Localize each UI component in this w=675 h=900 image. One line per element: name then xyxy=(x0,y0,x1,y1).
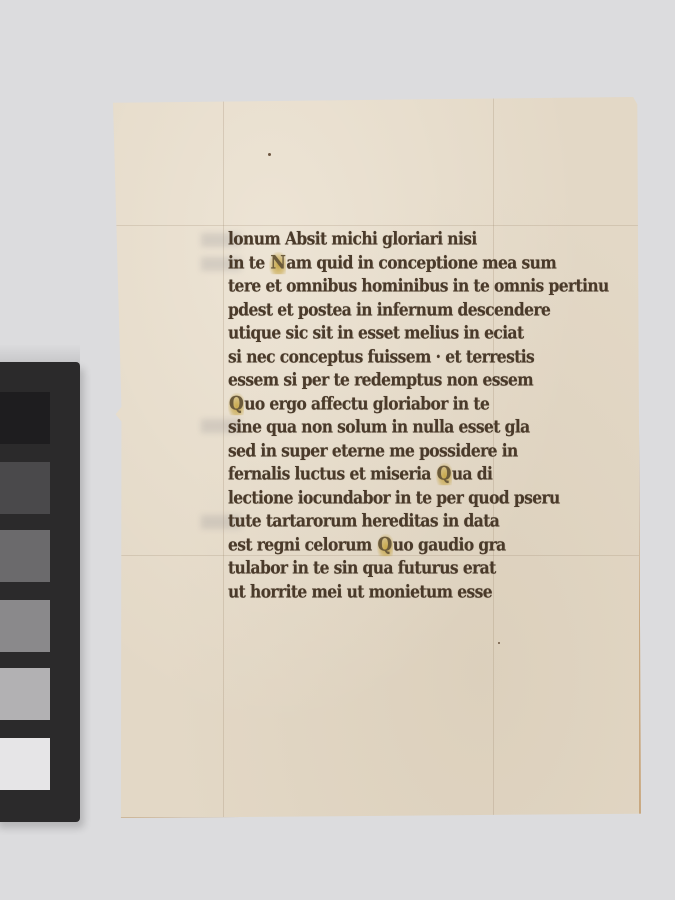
text-line: sed in super eterne me possidere in xyxy=(228,437,548,463)
gilded-initial: Q xyxy=(377,533,393,555)
manuscript-text-block: lonum Absit michi gloriari nisi in te Na… xyxy=(228,227,548,603)
gilded-initial: Q xyxy=(228,392,244,414)
gilded-initial: N xyxy=(269,251,286,273)
ruling-line-left xyxy=(223,97,224,817)
ink-speck xyxy=(268,153,271,156)
patch-black xyxy=(0,392,50,444)
text-line: tulabor in te sin qua futurus erat xyxy=(228,555,548,581)
text-line: sine qua non solum in nulla esset gla xyxy=(228,414,548,440)
ink-speck xyxy=(498,642,500,644)
text-line: fernalis luctus et miseria Qua di xyxy=(228,461,548,487)
text-line: tere et omnibus hominibus in te omnis pe… xyxy=(228,273,548,299)
manuscript-leaf: lonum Absit michi gloriari nisi in te Na… xyxy=(113,97,641,818)
patch-mid-dark-gray xyxy=(0,530,50,582)
patch-mid-gray xyxy=(0,600,50,652)
text-line: pdest et postea in infernum descendere xyxy=(228,296,548,322)
patch-light-gray xyxy=(0,668,50,720)
text-line: Quo ergo affectu gloriabor in te xyxy=(228,390,548,416)
text-line: in te Nam quid in conceptione mea sum xyxy=(228,249,548,275)
grayscale-calibration-target xyxy=(0,362,80,822)
patch-white xyxy=(0,738,50,790)
text-line: ut horrite mei ut monietum esse xyxy=(228,578,548,604)
text-line: si nec conceptus fuissem · et terrestis xyxy=(228,343,548,369)
text-line: utique sic sit in esset melius in eciat xyxy=(228,320,548,346)
text-line: tute tartarorum hereditas in data xyxy=(228,508,548,534)
text-line: est regni celorum Quo gaudio gra xyxy=(228,531,548,557)
gilded-initial: Q xyxy=(436,463,452,485)
patch-dark-gray xyxy=(0,462,50,514)
text-line: lonum Absit michi gloriari nisi xyxy=(228,226,548,252)
text-line: lectione iocundabor in te per quod pseru xyxy=(228,484,548,510)
calibration-target-shadow xyxy=(0,344,80,364)
text-line: essem si per te redemptus non essem xyxy=(228,367,548,393)
